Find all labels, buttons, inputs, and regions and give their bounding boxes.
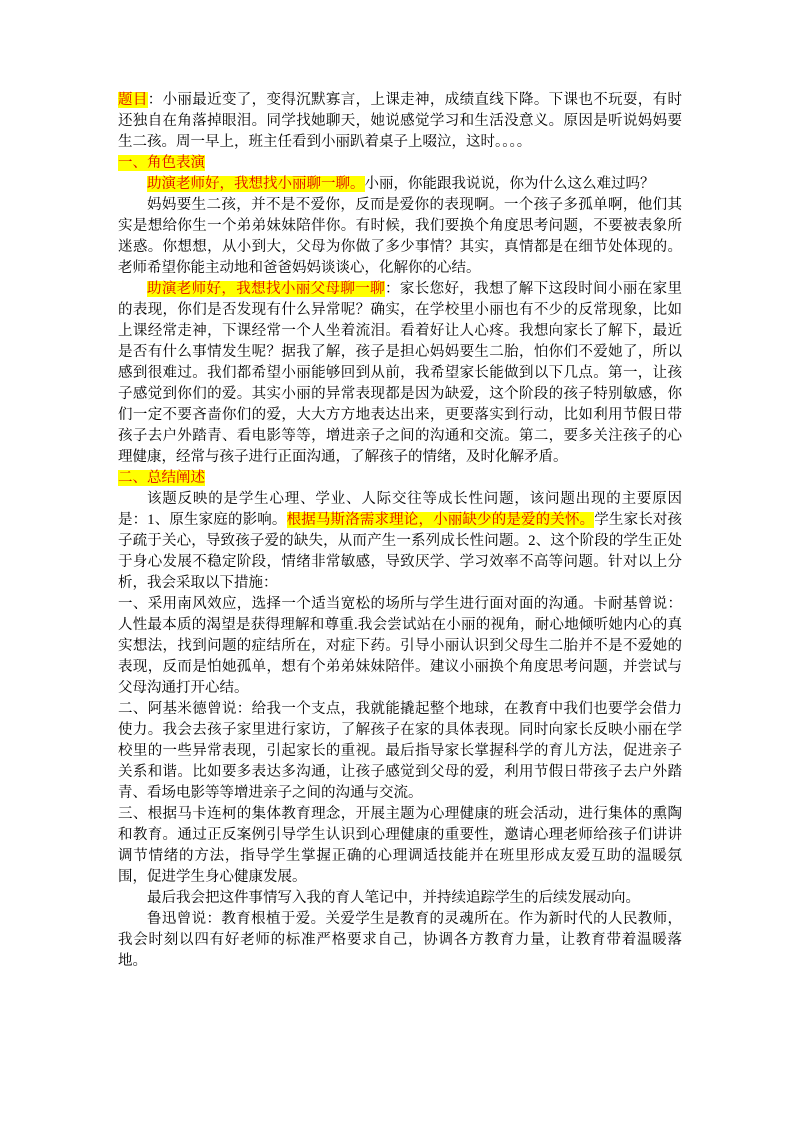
document-text-body: 题目：小丽最近变了，变得沉默寡言，上课走神，成绩直线下降。下课也不玩耍，有时还独… bbox=[118, 90, 682, 972]
paragraph: 助演老师好，我想找小丽父母聊一聊：家长您好，我想了解下这段时间小丽在家里的表现，… bbox=[118, 279, 682, 468]
text-run: 妈妈要生二孩，并不是不爱你，反而是爱你的表现啊。一个孩子多孤单啊，他们其实是想给… bbox=[118, 197, 682, 276]
text-run: ：小丽最近变了，变得沉默寡言，上课走神，成绩直线下降。下课也不玩耍，有时还独自在… bbox=[118, 92, 682, 150]
highlighted-text-run: 一、角色表演 bbox=[118, 155, 205, 171]
paragraph: 三、根据马卡连柯的集体教育理念，开展主题为心理健康的班会活动，进行集体的熏陶和教… bbox=[118, 804, 682, 888]
text-run: 小丽，你能跟我说说，你为什么这么难过吗？ bbox=[365, 176, 655, 192]
paragraph: 题目：小丽最近变了，变得沉默寡言，上课走神，成绩直线下降。下课也不玩耍，有时还独… bbox=[118, 90, 682, 153]
highlighted-text-run: 二、总结阐述 bbox=[118, 470, 205, 486]
highlighted-text-run: 题目 bbox=[118, 92, 148, 108]
paragraph: 一、角色表演 bbox=[118, 153, 682, 174]
text-run: 鲁迅曾说：教育根植于爱。关爱学生是教育的灵魂所在。作为新时代的人民教师，我会时刻… bbox=[118, 911, 682, 969]
document-page: 题目：小丽最近变了，变得沉默寡言，上课走神，成绩直线下降。下课也不玩耍，有时还独… bbox=[0, 0, 793, 1122]
paragraph: 二、阿基米德曾说：给我一个支点，我就能撬起整个地球，在教育中我们也要学会借力使力… bbox=[118, 699, 682, 804]
paragraph: 一、采用南风效应，选择一个适当宽松的场所与学生进行面对面的沟通。卡耐基曾说：人性… bbox=[118, 594, 682, 699]
text-run: 一、采用南风效应，选择一个适当宽松的场所与学生进行面对面的沟通。卡耐基曾说：人性… bbox=[118, 596, 682, 696]
highlighted-text-run: 助演老师好，我想找小丽聊一聊。 bbox=[147, 176, 365, 192]
paragraph: 助演老师好，我想找小丽聊一聊。小丽，你能跟我说说，你为什么这么难过吗？ bbox=[118, 174, 682, 195]
highlighted-text-run: 根据马斯洛需求理论，小丽缺少的是爱的关怀。 bbox=[287, 512, 595, 528]
text-run: ：家长您好，我想了解下这段时间小丽在家里的表现，你们是否发现有什么异常呢？确实，… bbox=[118, 281, 682, 465]
paragraph: 妈妈要生二孩，并不是不爱你，反而是爱你的表现啊。一个孩子多孤单啊，他们其实是想给… bbox=[118, 195, 682, 279]
text-run: 三、根据马卡连柯的集体教育理念，开展主题为心理健康的班会活动，进行集体的熏陶和教… bbox=[118, 806, 682, 885]
paragraph: 二、总结阐述 bbox=[118, 468, 682, 489]
paragraph: 该题反映的是学生心理、学业、人际交往等成长性问题，该问题出现的主要原因是：1、原… bbox=[118, 489, 682, 594]
paragraph: 最后我会把这件事情写入我的育人笔记中，并持续追踪学生的后续发展动向。 bbox=[118, 888, 682, 909]
text-run: 二、阿基米德曾说：给我一个支点，我就能撬起整个地球，在教育中我们也要学会借力使力… bbox=[118, 701, 682, 801]
text-run: 最后我会把这件事情写入我的育人笔记中，并持续追踪学生的后续发展动向。 bbox=[147, 890, 640, 906]
highlighted-text-run: 助演老师好，我想找小丽父母聊一聊 bbox=[147, 281, 385, 297]
paragraph: 鲁迅曾说：教育根植于爱。关爱学生是教育的灵魂所在。作为新时代的人民教师，我会时刻… bbox=[118, 909, 682, 972]
